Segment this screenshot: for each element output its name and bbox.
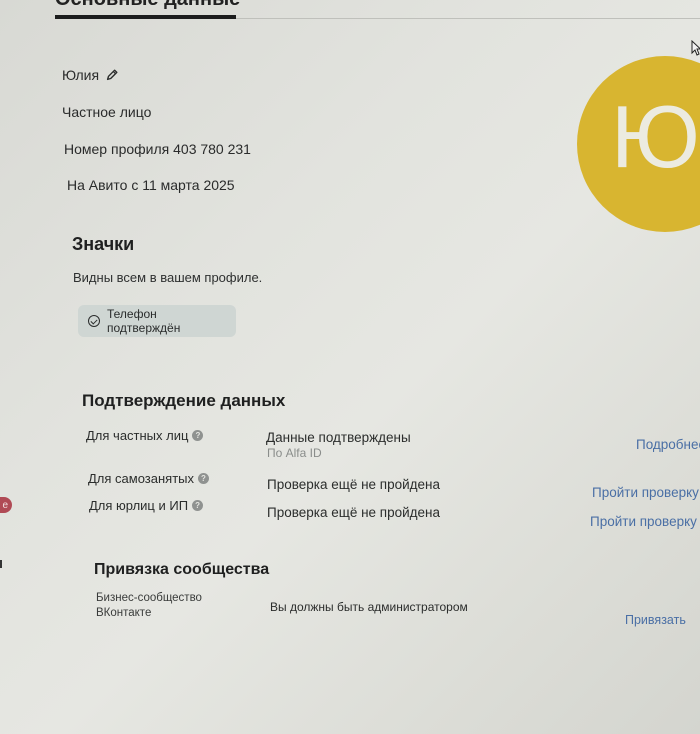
profile-name-row: Юлия [62,67,119,83]
row-label-text: Для юрлиц и ИП [89,498,188,513]
active-tab-indicator [55,15,236,19]
question-icon[interactable]: ? [192,430,203,441]
avatar[interactable]: Ю [577,56,700,232]
member-since: На Авито с 11 марта 2025 [67,177,235,193]
start-verification-link-business[interactable]: Пройти проверку [590,514,697,529]
verification-row-label: Для юрлиц и ИП ? [89,498,203,513]
active-tab-label[interactable]: Основные данные [55,0,240,11]
row-label-text: Для самозанятых [88,471,194,486]
start-verification-link-selfemployed[interactable]: Пройти проверку [592,485,699,500]
verification-row-label: Для самозанятых ? [88,471,209,486]
row-label-text: Для частных лиц [86,428,188,443]
pencil-icon[interactable] [105,68,119,82]
verification-row-sub: По Alfa ID [267,446,322,460]
badge-phone-verified: Телефон подтверждён [78,305,236,337]
badges-heading: Значки [72,234,134,255]
verification-heading: Подтверждение данных [82,391,285,411]
bind-community-link[interactable]: Привязать [625,613,686,627]
avatar-letter: Ю [611,86,698,188]
question-icon[interactable]: ? [192,500,203,511]
account-type: Частное лицо [62,104,151,120]
tabs-divider [236,18,700,19]
mouse-cursor-icon [691,40,700,56]
community-label: Бизнес-сообщество ВКонтакте [96,591,236,621]
badges-subtitle: Видны всем в вашем профиле. [73,270,262,285]
profile-name: Юлия [62,67,99,83]
details-link[interactable]: Подробнее [636,437,700,452]
verification-row-status: Данные подтверждены [266,430,411,445]
verification-row-label: Для частных лиц ? [86,428,203,443]
verification-row-status: Проверка ещё не пройдена [267,505,440,520]
question-icon[interactable]: ? [198,473,209,484]
badge-label: Телефон подтверждён [107,307,226,335]
sidebar-fragment [0,560,2,568]
sidebar-badge[interactable]: е [0,497,12,513]
verification-row-status: Проверка ещё не пройдена [267,477,440,492]
profile-number: Номер профиля 403 780 231 [64,141,251,157]
community-status: Вы должны быть администратором [270,600,468,614]
check-circle-icon [88,315,100,327]
community-heading: Привязка сообщества [94,561,269,579]
